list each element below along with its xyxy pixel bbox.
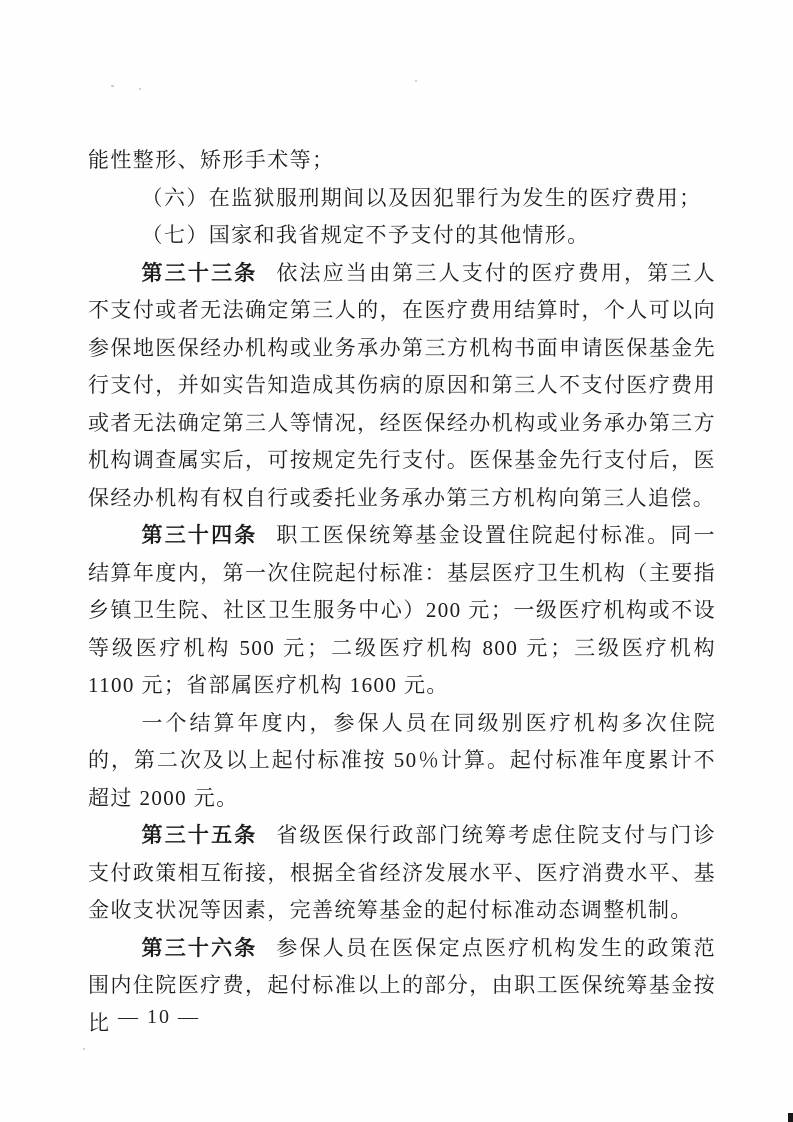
article-36-number: 第三十六条 [142,937,258,960]
article-34-number: 第三十四条 [142,524,258,547]
scan-speck [111,85,114,87]
document-body: 能性整形、矫形手术等； （六）在监狱服刑期间以及因犯罪行为发生的医疗费用； （七… [88,142,716,1042]
scan-speck [415,80,417,82]
article-34-sub-paragraph: 一个结算年度内，参保人员在同级别医疗机构多次住院的，第二次及以上起付标准按 50… [88,705,716,818]
scan-speck [139,88,141,90]
paragraph-text: 能性整形、矫形手术等； [88,148,334,172]
paragraph-text: 一个结算年度内，参保人员在同级别医疗机构多次住院的，第二次及以上起付标准按 50… [88,711,716,810]
paragraph-continuation: 能性整形、矫形手术等； [88,142,716,180]
paragraph-text: （七）国家和我省规定不予支付的其他情形。 [142,223,590,247]
article-35-number: 第三十五条 [142,824,258,847]
scan-edge-artifact [788,1113,793,1122]
paragraph-text: 依法应当由第三人支付的医疗费用，第三人不支付或者无法确定第三人的，在医疗费用结算… [88,261,716,510]
scanned-document-page: 能性整形、矫形手术等； （六）在监狱服刑期间以及因犯罪行为发生的医疗费用； （七… [0,0,793,1122]
scan-speck [83,1048,85,1050]
clause-item-7: （七）国家和我省规定不予支付的其他情形。 [88,217,716,255]
article-33-paragraph: 第三十三条依法应当由第三人支付的医疗费用，第三人不支付或者无法确定第三人的，在医… [88,255,716,518]
clause-item-6: （六）在监狱服刑期间以及因犯罪行为发生的医疗费用； [88,180,716,218]
article-34-paragraph: 第三十四条职工医保统筹基金设置住院起付标准。同一结算年度内，第一次住院起付标准：… [88,517,716,705]
article-35-paragraph: 第三十五条省级医保行政部门统筹考虑住院支付与门诊支付政策相互衔接，根据全省经济发… [88,817,716,930]
paragraph-text: （六）在监狱服刑期间以及因犯罪行为发生的医疗费用； [142,186,702,210]
article-33-number: 第三十三条 [142,262,258,285]
page-number: — 10 — [118,1002,200,1032]
paragraph-text: 职工医保统筹基金设置住院起付标准。同一结算年度内，第一次住院起付标准：基层医疗卫… [88,523,716,697]
